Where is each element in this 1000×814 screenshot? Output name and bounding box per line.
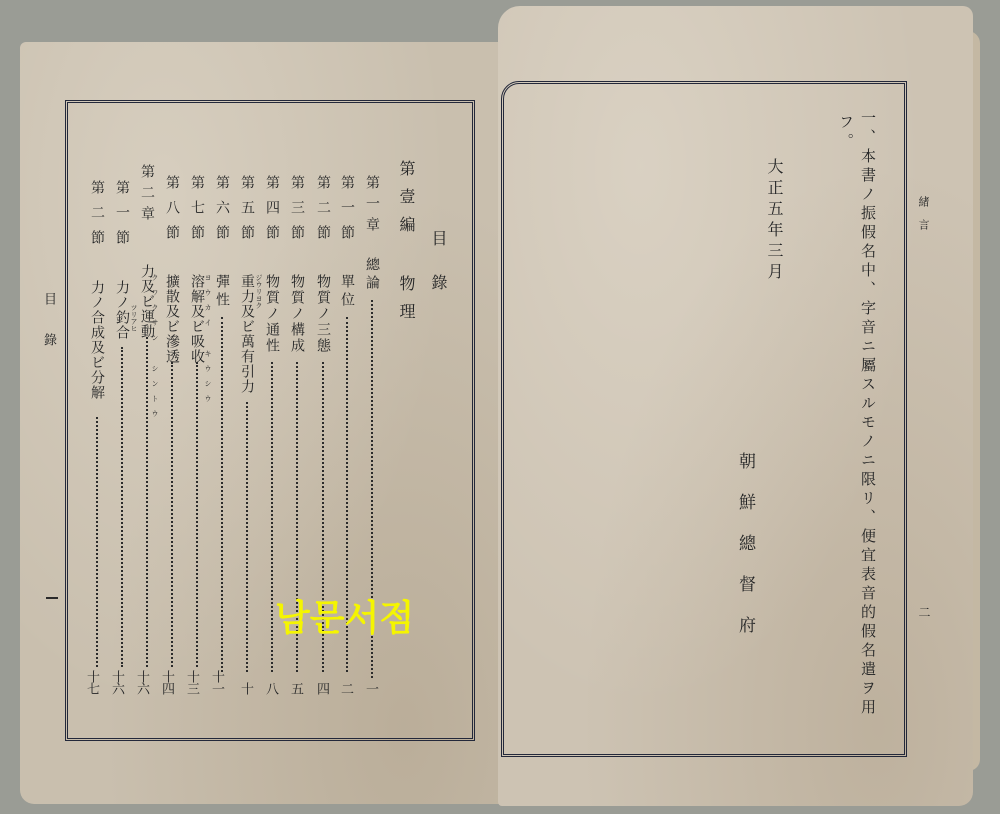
- preface-date: 大正五年三月: [766, 158, 782, 284]
- running-header-left: 目錄: [42, 292, 55, 374]
- running-header-right: 緒言: [918, 196, 929, 242]
- toc-entry-label: 第四節: [265, 175, 279, 250]
- toc-entry-label: 第五節: [240, 175, 254, 250]
- toc-entry-title: 總論: [365, 257, 379, 293]
- toc-entry-page: 十四: [160, 670, 173, 694]
- leader-dots: [196, 362, 198, 667]
- leader-dots: [121, 347, 123, 667]
- toc-entry-title: 物質ノ構成: [290, 274, 304, 354]
- toc-entry-title: 物質ノ通性: [265, 274, 279, 354]
- leader-dots: [246, 402, 248, 672]
- toc-entry-title: 物質ノ三態: [316, 274, 330, 354]
- toc-entry-label: 第八節: [165, 175, 179, 250]
- toc-entry-title: 擴散及ビ滲透: [165, 274, 179, 364]
- toc-entry-page: 十一: [210, 670, 223, 694]
- toc-entry-label: 第三節: [290, 175, 304, 250]
- toc-entry-title: 彈性: [215, 274, 229, 310]
- toc-entry-page: 十六: [110, 670, 123, 694]
- ruby-annotation: ツリアヒ: [130, 304, 137, 332]
- toc-entry-label: 第二節: [316, 175, 330, 250]
- right-page: 一、本書ノ振假名中、字音ニ屬スルモノニ限リ、便宜表音的假名遣ヲ用 フ。 大正五年…: [498, 6, 973, 806]
- ruby-annotation: ジウリヨク: [255, 274, 262, 309]
- toc-entry-page: 十: [239, 682, 252, 694]
- preface-frame: [501, 81, 907, 757]
- preface-note-line2: フ。: [838, 114, 853, 152]
- folio-left: [46, 597, 58, 599]
- toc-entry-page: 十三: [185, 670, 198, 694]
- leader-dots: [146, 337, 148, 667]
- left-page: 目錄 目錄 第壹編 物理 第一章 總論 一 第一節 單位 二 第二節 物質ノ三態…: [20, 42, 500, 804]
- toc-entry-label: 第二章: [140, 164, 154, 227]
- leader-dots: [171, 362, 173, 667]
- leader-dots: [271, 362, 273, 672]
- toc-entry-page: 二: [339, 682, 352, 694]
- ruby-annotation: ヨウカイ キウシウ: [204, 274, 211, 410]
- toc-entry-label: 第一節: [340, 175, 354, 250]
- toc-entry-title: 單位: [340, 274, 354, 310]
- preface-note-line1: 一、本書ノ振假名中、字音ニ屬スルモノニ限リ、便宜表音的假名遣ヲ用: [860, 110, 875, 718]
- toc-entry-page: 五: [289, 682, 302, 694]
- toc-entry-title: 力及ビ運動: [140, 264, 154, 339]
- watermark: 남문서점: [275, 590, 414, 641]
- toc-entry-page: 一: [364, 682, 377, 694]
- leader-dots: [221, 317, 223, 672]
- toc-entry-title: 溶解及ビ吸收: [190, 274, 204, 364]
- toc-entry-label: 第二節: [90, 180, 104, 255]
- toc-entry-label: 第六節: [215, 175, 229, 250]
- publisher-name: 朝鮮總督府: [736, 452, 753, 657]
- leader-dots: [96, 417, 98, 667]
- toc-entry-page: 十六: [135, 670, 148, 694]
- toc-entry-page: 十七: [85, 670, 98, 694]
- part-title: 第壹編 物理: [398, 160, 414, 331]
- toc-entry-label: 第一章: [365, 175, 379, 238]
- toc-entry-label: 第一節: [115, 180, 129, 255]
- toc-title: 目錄: [430, 230, 446, 318]
- toc-entry-page: 四: [315, 682, 328, 694]
- toc-entry-label: 第七節: [190, 175, 204, 250]
- toc-entry-page: 八: [264, 682, 277, 694]
- toc-entry-title: 力ノ合成及ビ分解: [90, 280, 104, 400]
- folio-right: 二: [918, 606, 930, 622]
- toc-entry-title: 力ノ釣合: [115, 280, 129, 340]
- toc-entry-title: 重力及ビ萬有引力: [240, 274, 254, 394]
